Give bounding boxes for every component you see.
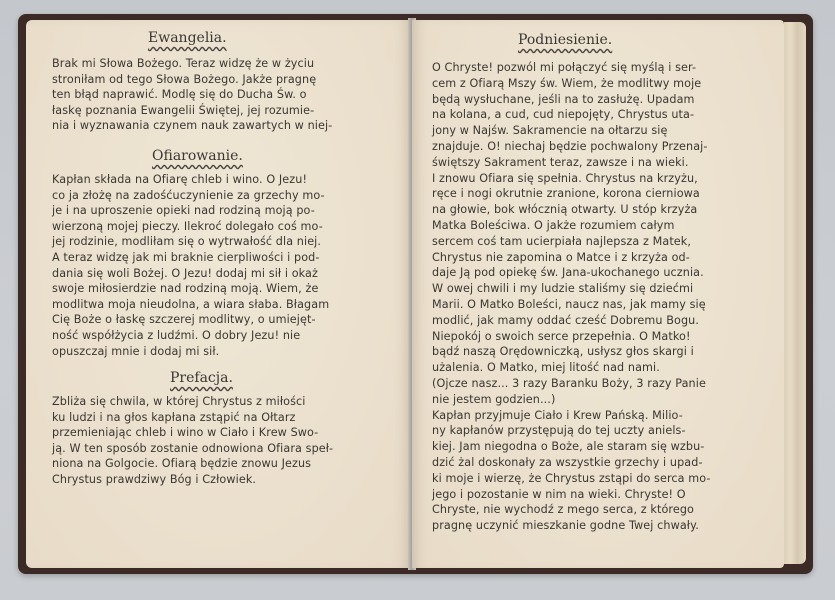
text-line: kiej. Jam niegodna o Boże, ale staram si… [432, 439, 777, 455]
text-line: I znowu Ofiara się spełnia. Chrystus na … [432, 171, 777, 187]
text-line: Brak mi Słowa Bożego. Teraz widzę że w ż… [52, 56, 402, 72]
section-body-podniesienie: O Chryste! pozwól mi połączyć się myślą … [432, 60, 777, 534]
text-line: ność współżycia z ludźmi. O dobry Jezu! … [52, 328, 402, 344]
text-line: dania się woli Bożej. O Jezu! dodaj mi s… [52, 266, 402, 282]
text-line: jony w Najśw. Sakramencie na ołtarzu się [432, 123, 777, 139]
text-line: wierzoną mojej pieczy. Ilekroć dolegało … [52, 219, 402, 235]
text-line: Kapłan składa na Ofiarę chleb i wino. O … [52, 172, 402, 188]
text-line: użalenia. O Matko, miej litość nad nami. [432, 360, 777, 376]
text-line: znajduje. O! niechaj będzie pochwalony P… [432, 139, 777, 155]
text-line: Chrystus nie zapomina o Matce i z krzyża… [432, 250, 777, 266]
text-line: Kapłan przyjmuje Ciało i Krew Pańską. Mi… [432, 408, 777, 424]
section-title-ewangelia: Ewangelia. [148, 30, 227, 46]
text-line: Matka Boleściwa. O jakże rozumiem całym [432, 218, 777, 234]
text-line: świętszy Sakrament teraz, zawsze i na wi… [432, 155, 777, 171]
text-line: na kolana, a cud, cud niepojęty, Chrystu… [432, 107, 777, 123]
section-body-ewangelia: Brak mi Słowa Bożego. Teraz widzę że w ż… [52, 56, 402, 134]
text-line: łaskę poznania Ewangelii Świętej, jej ro… [52, 103, 402, 119]
text-line: pragnę uczynić mieszkanie godne Twej chw… [432, 518, 777, 534]
text-line: ku ludzi i na głos kapłana zstąpić na Oł… [52, 410, 402, 426]
section-title-ofiarowanie: Ofiarowanie. [152, 148, 243, 164]
text-line: modlitwa moja nieudolna, a wiara słaba. … [52, 297, 402, 313]
text-line: Chrystus prawdziwy Bóg i Człowiek. [52, 472, 402, 488]
text-line: ny kapłanów przystępują do tej uczty ani… [432, 423, 777, 439]
right-page: Podniesienie. O Chryste! pozwól mi połąc… [412, 20, 784, 568]
text-line: jego i pozostanie w nim na wieki. Chryst… [432, 487, 777, 503]
text-line: (Ojcze nasz... 3 razy Baranku Boży, 3 ra… [432, 376, 777, 392]
text-line: swoje miłosierdzie nad rodziną moją. Wie… [52, 281, 402, 297]
text-line: ją. W ten sposób zostanie odnowiona Ofia… [52, 441, 402, 457]
text-line: sercem coś tam ucierpiała najlepsza z Ma… [432, 234, 777, 250]
text-line: Cię Boże o łaskę szczerej modlitwy, o um… [52, 312, 402, 328]
text-line: ręce i nogi okrutnie zranione, korona ci… [432, 186, 777, 202]
text-line: nie jestem godzien...) [432, 392, 777, 408]
text-line: niona na Golgocie. Ofiarą będzie znowu J… [52, 456, 402, 472]
text-line: Chryste, nie wychodź z mego serca, z któ… [432, 502, 777, 518]
text-line: O Chryste! pozwól mi połączyć się myślą … [432, 60, 777, 76]
text-line: Marii. O Matko Boleści, naucz nas, jak m… [432, 297, 777, 313]
text-line: na głowie, bok włócznią otwarty. U stóp … [432, 202, 777, 218]
text-line: dzić żal doskonały za wszystkie grzechy … [432, 455, 777, 471]
text-line: W owej chwili i my ludzie staliśmy się d… [432, 281, 777, 297]
section-body-prefacja: Zbliża się chwila, w której Chrystus z m… [52, 394, 402, 488]
text-line: A teraz widzę jak mi braknie cierpliwośc… [52, 250, 402, 266]
section-body-ofiarowanie: Kapłan składa na Ofiarę chleb i wino. O … [52, 172, 402, 359]
text-line: modlić, jak mamy oddać cześć Dobremu Bog… [432, 313, 777, 329]
text-line: bądź naszą Orędowniczką, usłysz głos ska… [432, 344, 777, 360]
text-line: jej rodzinie, modliłam się o wytrwałość … [52, 234, 402, 250]
text-line: Zbliża się chwila, w której Chrystus z m… [52, 394, 402, 410]
text-line: opuszczaj mnie i dodaj mi sił. [52, 344, 402, 360]
text-line: Niepokój o swoich serce przepełnia. O Ma… [432, 329, 777, 345]
text-line: cem z Ofiarą Mszy św. Wiem, że modlitwy … [432, 76, 777, 92]
text-line: daje Ją pod opiekę św. Jana-ukochanego u… [432, 265, 777, 281]
page-stack-edge [784, 22, 806, 564]
text-line: nia i wyznawania czynem nauk zawartych w… [52, 118, 402, 134]
section-title-podniesienie: Podniesienie. [518, 32, 612, 48]
text-line: ki moje i wierzę, że Chrystus zstąpi do … [432, 471, 777, 487]
text-line: przemieniając chleb i wino w Ciało i Kre… [52, 425, 402, 441]
text-line: stroniłam od tego Słowa Bożego. Jakże pr… [52, 72, 402, 88]
section-title-prefacja: Prefacja. [170, 370, 233, 386]
text-line: będą wysłuchane, jeśli na to zasłużę. Up… [432, 92, 777, 108]
text-line: co ja złożę na zadośćuczynienie za grzec… [52, 188, 402, 204]
left-page: Ewangelia. Brak mi Słowa Bożego. Teraz w… [26, 20, 410, 568]
text-line: ten błąd naprawić. Modlę się do Ducha Św… [52, 87, 402, 103]
text-line: je i na uproszenie opieki nad rodziną mo… [52, 203, 402, 219]
